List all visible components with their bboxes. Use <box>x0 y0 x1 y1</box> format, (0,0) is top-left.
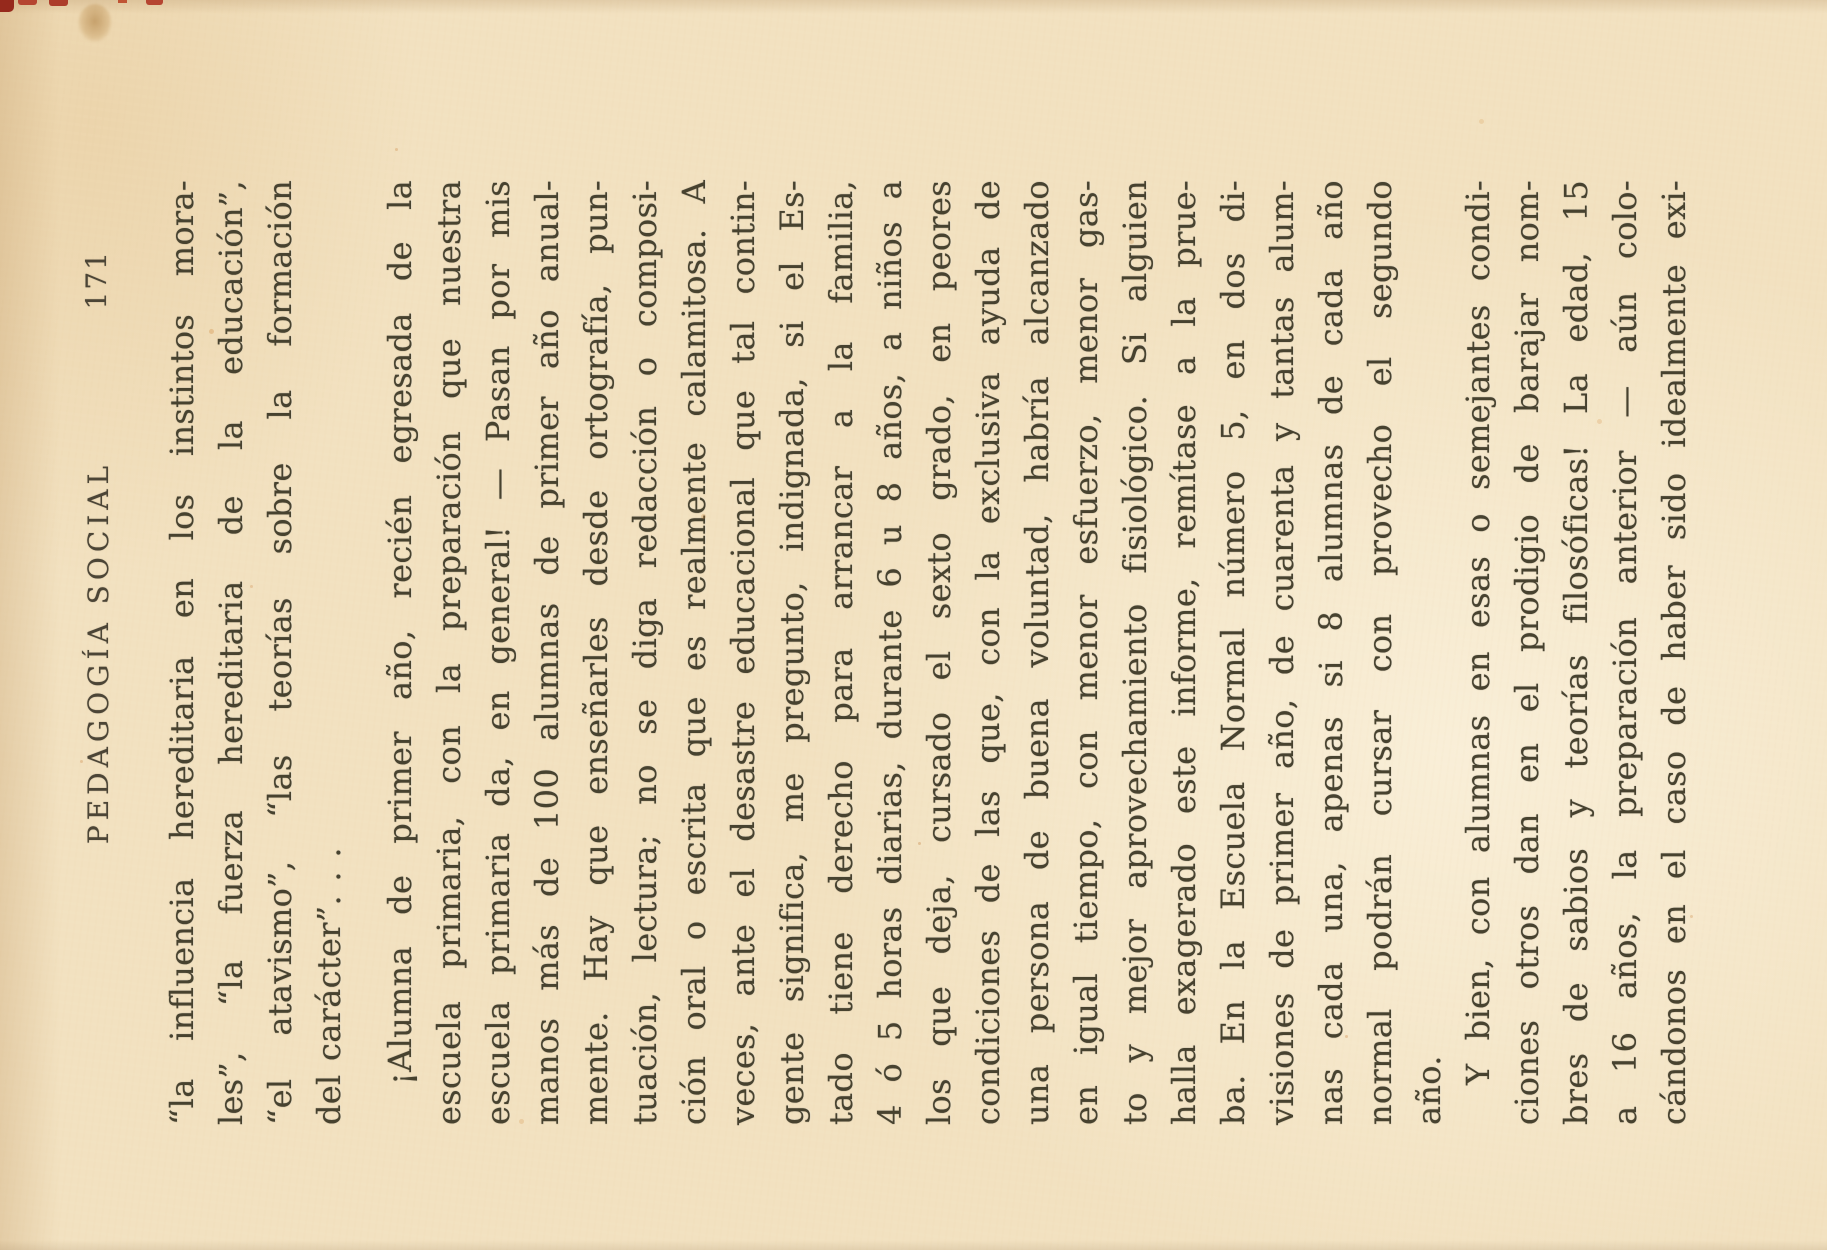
text-line: tuación, lectura; no se diga redacción o… <box>621 180 670 1125</box>
text-line: Y bien, con alumnas en esas o semejantes… <box>1454 180 1503 1125</box>
text-line: nas cada una, apenas si 8 alumnas de cad… <box>1307 180 1356 1125</box>
text-line: escuela primaria da, en general! — Pasan… <box>474 180 523 1125</box>
text-line: ciones otros dan en el prodigio de baraj… <box>1503 180 1552 1125</box>
text-line: año. <box>1405 180 1454 1125</box>
scanned-book-page: PEDAGOGÍA SOCIAL 171 “la influencia here… <box>0 0 1827 1250</box>
text-line: a 16 años, la preparación anterior — aún… <box>1601 180 1650 1125</box>
text-line: visiones de primer año, de cuarenta y ta… <box>1258 180 1307 1125</box>
page-number: 171 <box>80 250 113 309</box>
text-line: condiciones de las que, con la exclusiva… <box>964 180 1013 1125</box>
text-line: manos más de 100 alumnas de primer año a… <box>523 180 572 1125</box>
text-line: les”, “la fuerza hereditaria de la educa… <box>207 180 256 1125</box>
text-line: ción oral o escrita que es realmente cal… <box>670 180 719 1125</box>
running-title: PEDAGOGÍA SOCIAL <box>82 461 115 844</box>
text-line: “el atavismo”, “las teorías sobre la for… <box>256 180 305 1125</box>
text-line: mente. Hay que enseñarles desde ortograf… <box>572 180 621 1125</box>
text-line: 4 ó 5 horas diarias, durante 6 u 8 años,… <box>866 180 915 1125</box>
text-line: normal podrán cursar con provecho el seg… <box>1356 180 1405 1125</box>
text-line: del carácter”. . . <box>305 180 354 1125</box>
text-line: halla exagerado este informe, remítase a… <box>1160 180 1209 1125</box>
book-page-sheet: PEDAGOGÍA SOCIAL 171 “la influencia here… <box>0 0 1827 1250</box>
text-line: tado tiene derecho para arrancar a la fa… <box>817 180 866 1125</box>
text-line: en igual tiempo, con menor esfuerzo, men… <box>1062 180 1111 1125</box>
page-header: PEDAGOGÍA SOCIAL 171 <box>78 180 118 1125</box>
text-line: los que deja, cursado el sexto grado, en… <box>915 180 964 1125</box>
text-line: una persona de buena voluntad, habría al… <box>1013 180 1062 1125</box>
text-line: veces, ante el desastre educacional que … <box>719 180 768 1125</box>
text-line: ba. En la Escuela Normal número 5, en do… <box>1209 180 1258 1125</box>
text-line: “la influencia hereditaria en los instin… <box>158 180 207 1125</box>
text-line: to y mejor aprovechamiento fisiológico. … <box>1111 180 1160 1125</box>
text-line: escuela primaria, con la preparación que… <box>425 180 474 1125</box>
body-text: “la influencia hereditaria en los instin… <box>158 180 1699 1125</box>
text-line: gente significa, me pregunto, indignada,… <box>768 180 817 1125</box>
text-line: ¡Alumna de primer año, recién egresada d… <box>376 180 425 1125</box>
text-line: cándonos en el caso de haber sido idealm… <box>1650 180 1699 1125</box>
text-line: bres de sabios y teorías filosóficas! La… <box>1552 180 1601 1125</box>
